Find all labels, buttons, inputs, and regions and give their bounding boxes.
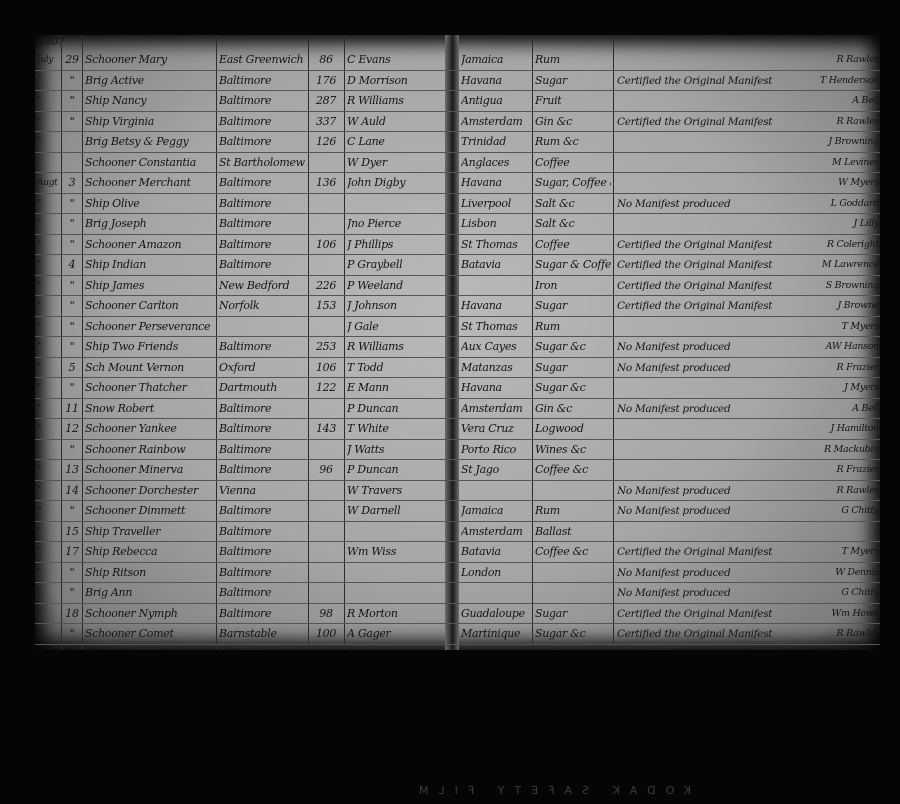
day-cell: " xyxy=(63,623,81,643)
day-cell: " xyxy=(63,213,81,233)
register-row: ""Schooner ThatcherDartmouth122E MannHav… xyxy=(35,377,880,399)
vessel-cell: Schooner Rainbow xyxy=(85,439,213,459)
month-cell: Augt xyxy=(37,172,61,192)
master-cell: T Todd xyxy=(347,357,445,377)
register-row: "Schooner RainbowBaltimoreJ WattsPorto R… xyxy=(35,439,880,461)
register-row: "12Schooner YankeeBaltimore143T WhiteVer… xyxy=(35,418,880,440)
cargo-cell: Salt &c xyxy=(535,213,611,233)
register-row: ""Ship Two FriendsBaltimore253R Williams… xyxy=(35,336,880,358)
tonnage-cell: 253 xyxy=(311,336,341,356)
remark-cell: Certified the Original Manifest xyxy=(617,275,813,295)
cargo-cell: Coffee &c xyxy=(535,459,611,479)
tonnage-cell: 98 xyxy=(311,603,341,623)
entered-by-cell xyxy=(813,521,879,541)
day-cell: " xyxy=(63,111,81,131)
entered-by-cell: J Lilly xyxy=(813,213,879,233)
month-cell: " xyxy=(37,193,61,213)
tonnage-cell xyxy=(311,316,341,336)
month-cell: " xyxy=(37,500,61,520)
month-cell: " xyxy=(37,623,61,643)
register-row: "11Snow RobertBaltimoreP DuncanAmsterdam… xyxy=(35,398,880,420)
remark-cell xyxy=(617,49,813,69)
home-port-cell: Baltimore xyxy=(219,439,307,459)
month-cell: " xyxy=(37,316,61,336)
register-row: Schooner ConstantiaSt BartholomewW DyerA… xyxy=(35,152,880,174)
home-port-cell: Baltimore xyxy=(219,398,307,418)
cargo-cell: Rum xyxy=(535,49,611,69)
entered-by-cell: R Rawles xyxy=(813,623,879,643)
register-row: ""Schooner DimmettBaltimoreW DarnellJama… xyxy=(35,500,880,522)
origin-port-cell xyxy=(461,582,531,602)
origin-port-cell: Havana xyxy=(461,377,531,397)
remark-cell xyxy=(617,152,813,172)
home-port-cell: Baltimore xyxy=(219,234,307,254)
origin-port-cell: Jamaica xyxy=(461,500,531,520)
home-port-cell: Baltimore xyxy=(219,193,307,213)
day-cell: 12 xyxy=(63,418,81,438)
tonnage-cell xyxy=(311,521,341,541)
entered-by-cell: R Frazier xyxy=(813,459,879,479)
tonnage-cell: 143 xyxy=(311,418,341,438)
cargo-cell: Ballast xyxy=(535,521,611,541)
origin-port-cell: Aux Cayes xyxy=(461,336,531,356)
tonnage-cell xyxy=(311,152,341,172)
vessel-cell: Ship Olive xyxy=(85,193,213,213)
vessel-cell: Schooner Thatcher xyxy=(85,377,213,397)
tonnage-cell: 126 xyxy=(311,131,341,151)
day-cell: 5 xyxy=(63,357,81,377)
entered-by-cell: R Rawles xyxy=(813,480,879,500)
month-cell: " xyxy=(37,459,61,479)
day-cell: 14 xyxy=(63,480,81,500)
day-cell xyxy=(63,152,81,172)
tonnage-cell xyxy=(311,254,341,274)
remark-cell xyxy=(617,439,813,459)
remark-cell xyxy=(617,418,813,438)
tonnage-cell: 287 xyxy=(311,90,341,110)
cargo-cell: Rum xyxy=(535,316,611,336)
day-cell: " xyxy=(63,234,81,254)
month-cell: " xyxy=(37,90,61,110)
master-cell: John Digby xyxy=(347,172,445,192)
remark-cell xyxy=(617,316,813,336)
origin-port-cell: Lisbon xyxy=(461,213,531,233)
master-cell: P Duncan xyxy=(347,459,445,479)
master-cell: C Lane xyxy=(347,131,445,151)
cargo-cell: Sugar xyxy=(535,70,611,90)
master-cell: R Williams xyxy=(347,90,445,110)
remark-cell xyxy=(617,521,813,541)
home-port-cell: New Bedford xyxy=(219,275,307,295)
master-cell xyxy=(347,193,445,213)
vessel-cell: Schooner Amazon xyxy=(85,234,213,254)
remark-cell: Certified the Original Manifest xyxy=(617,623,813,643)
entered-by-cell: M Lawrence xyxy=(813,254,879,274)
home-port-cell: Baltimore xyxy=(219,418,307,438)
home-port-cell: Baltimore xyxy=(219,213,307,233)
register-row: "18Schooner NymphBaltimore98R MortonGuad… xyxy=(35,603,880,625)
origin-port-cell: St Jago xyxy=(461,459,531,479)
origin-port-cell: Havana xyxy=(461,295,531,315)
tonnage-cell: 122 xyxy=(311,377,341,397)
origin-port-cell: Matanzas xyxy=(461,357,531,377)
tonnage-cell: 337 xyxy=(311,111,341,131)
entered-by-cell: M Levines xyxy=(813,152,879,172)
register-page-spread: 1807 July29Schooner MaryEast Greenwich86… xyxy=(35,35,880,650)
month-cell: " xyxy=(37,377,61,397)
origin-port-cell: Liverpool xyxy=(461,193,531,213)
master-cell xyxy=(347,562,445,582)
master-cell: P Duncan xyxy=(347,398,445,418)
remark-cell: No Manifest produced xyxy=(617,582,813,602)
master-cell: E Mann xyxy=(347,377,445,397)
entered-by-cell: W Myers xyxy=(813,172,879,192)
remark-cell: No Manifest produced xyxy=(617,500,813,520)
origin-port-cell: Anglaces xyxy=(461,152,531,172)
day-cell: " xyxy=(63,275,81,295)
tonnage-cell: 153 xyxy=(311,295,341,315)
register-row: "5Sch Mount VernonOxford106T ToddMatanza… xyxy=(35,357,880,379)
register-row: ""Schooner PerseveranceJ GaleSt ThomasRu… xyxy=(35,316,880,338)
origin-port-cell: Trinidad xyxy=(461,131,531,151)
master-cell: W Travers xyxy=(347,480,445,500)
vessel-cell: Brig Joseph xyxy=(85,213,213,233)
day-cell: " xyxy=(63,582,81,602)
day-cell: 29 xyxy=(63,49,81,69)
entered-by-cell: T Myers xyxy=(813,541,879,561)
month-cell: " xyxy=(37,582,61,602)
home-port-cell: Barnstable xyxy=(219,623,307,643)
register-row: "Brig Betsy & PeggyBaltimore126C LaneTri… xyxy=(35,131,880,153)
entered-by-cell: G Chitty xyxy=(813,582,879,602)
remark-cell xyxy=(617,172,813,192)
tonnage-cell: 176 xyxy=(311,70,341,90)
entered-by-cell: A Bell xyxy=(813,398,879,418)
month-cell: " xyxy=(37,357,61,377)
month-cell: " xyxy=(37,603,61,623)
vessel-cell: Ship Virginia xyxy=(85,111,213,131)
master-cell: D Morrison xyxy=(347,70,445,90)
month-cell: " xyxy=(37,398,61,418)
origin-port-cell: Batavia xyxy=(461,541,531,561)
remark-cell: No Manifest produced xyxy=(617,480,813,500)
cargo-cell: Fruit xyxy=(535,90,611,110)
master-cell: A Gager xyxy=(347,623,445,643)
cargo-cell: Salt &c xyxy=(535,193,611,213)
vessel-cell: Schooner Dorchester xyxy=(85,480,213,500)
register-row: "17Ship RebeccaBaltimoreWm WissBataviaCo… xyxy=(35,541,880,563)
vessel-cell: Ship Indian xyxy=(85,254,213,274)
origin-port-cell xyxy=(461,275,531,295)
day-cell: 17 xyxy=(63,541,81,561)
home-port-cell: Baltimore xyxy=(219,562,307,582)
remark-cell xyxy=(617,213,813,233)
master-cell: R Williams xyxy=(347,336,445,356)
day-cell xyxy=(63,131,81,151)
day-cell: " xyxy=(63,377,81,397)
remark-cell xyxy=(617,377,813,397)
tonnage-cell xyxy=(311,541,341,561)
home-port-cell: Vienna xyxy=(219,480,307,500)
cargo-cell: Wines &c xyxy=(535,439,611,459)
origin-port-cell: Martinique xyxy=(461,623,531,643)
register-row: ""Schooner CarltonNorfolk153J JohnsonHav… xyxy=(35,295,880,317)
cargo-cell: Iron xyxy=(535,275,611,295)
cargo-cell: Sugar &c xyxy=(535,336,611,356)
month-cell: " xyxy=(37,480,61,500)
day-cell: 18 xyxy=(63,603,81,623)
home-port-cell: Baltimore xyxy=(219,336,307,356)
master-cell: P Graybell xyxy=(347,254,445,274)
month-cell: July xyxy=(37,49,61,69)
home-port-cell: Baltimore xyxy=(219,90,307,110)
cargo-cell: Sugar &c xyxy=(535,377,611,397)
master-cell: R Morton xyxy=(347,603,445,623)
vessel-cell: Sch Mount Vernon xyxy=(85,357,213,377)
month-cell: " xyxy=(37,70,61,90)
day-cell: 13 xyxy=(63,459,81,479)
origin-port-cell: St Thomas xyxy=(461,316,531,336)
vessel-cell: Brig Active xyxy=(85,70,213,90)
home-port-cell: Baltimore xyxy=(219,254,307,274)
origin-port-cell: Antigua xyxy=(461,90,531,110)
master-cell xyxy=(347,582,445,602)
master-cell xyxy=(347,521,445,541)
entered-by-cell: A Bell xyxy=(813,90,879,110)
register-row: ""Brig ActiveBaltimore176D MorrisonHavan… xyxy=(35,70,880,92)
home-port-cell: Oxford xyxy=(219,357,307,377)
day-cell: " xyxy=(63,316,81,336)
day-cell: " xyxy=(63,295,81,315)
entered-by-cell: R Coleright xyxy=(813,234,879,254)
vessel-cell: Brig Betsy & Peggy xyxy=(85,131,213,151)
remark-cell xyxy=(617,131,813,151)
remark-cell: Certified the Original Manifest xyxy=(617,254,813,274)
register-row: July29Schooner MaryEast Greenwich86C Eva… xyxy=(35,49,880,71)
vessel-cell: Schooner Mary xyxy=(85,49,213,69)
register-row: ""Brig JosephBaltimoreJno PierceLisbonSa… xyxy=(35,213,880,235)
day-cell: " xyxy=(63,336,81,356)
cargo-cell xyxy=(535,562,611,582)
vessel-cell: Ship Two Friends xyxy=(85,336,213,356)
month-cell: " xyxy=(37,295,61,315)
home-port-cell xyxy=(219,316,307,336)
home-port-cell: East Greenwich xyxy=(219,49,307,69)
remark-cell: No Manifest produced xyxy=(617,193,813,213)
day-cell: " xyxy=(63,90,81,110)
origin-port-cell: Porto Rico xyxy=(461,439,531,459)
month-cell: " xyxy=(37,213,61,233)
home-port-cell: Baltimore xyxy=(219,459,307,479)
master-cell: T White xyxy=(347,418,445,438)
month-cell: " xyxy=(37,254,61,274)
master-cell: J Phillips xyxy=(347,234,445,254)
cargo-cell: Rum &c xyxy=(535,131,611,151)
tonnage-cell xyxy=(311,193,341,213)
vessel-cell: Ship Traveller xyxy=(85,521,213,541)
cargo-cell: Rum xyxy=(535,500,611,520)
tonnage-cell xyxy=(311,480,341,500)
register-row: ""Schooner CometBarnstable100A GagerMart… xyxy=(35,623,880,645)
month-cell: " xyxy=(37,418,61,438)
origin-port-cell xyxy=(461,480,531,500)
cargo-cell: Logwood xyxy=(535,418,611,438)
home-port-cell: Baltimore xyxy=(219,131,307,151)
cargo-cell: Gin &c xyxy=(535,111,611,131)
origin-port-cell: Vera Cruz xyxy=(461,418,531,438)
vessel-cell: Schooner Minerva xyxy=(85,459,213,479)
origin-port-cell: St Thomas xyxy=(461,234,531,254)
register-row: "14Schooner DorchesterViennaW TraversNo … xyxy=(35,480,880,502)
vessel-cell: Ship Nancy xyxy=(85,90,213,110)
tonnage-cell xyxy=(311,582,341,602)
day-cell: 15 xyxy=(63,521,81,541)
tonnage-cell xyxy=(311,213,341,233)
tonnage-cell: 136 xyxy=(311,172,341,192)
month-cell: " xyxy=(37,521,61,541)
master-cell: W Auld xyxy=(347,111,445,131)
remark-cell: Certified the Original Manifest xyxy=(617,70,813,90)
cargo-cell xyxy=(535,480,611,500)
day-cell: " xyxy=(63,193,81,213)
cargo-cell: Sugar &c xyxy=(535,623,611,643)
month-cell: " xyxy=(37,541,61,561)
entered-by-cell: AW Hanson xyxy=(813,336,879,356)
day-cell: " xyxy=(63,439,81,459)
home-port-cell: Baltimore xyxy=(219,70,307,90)
tonnage-cell xyxy=(311,562,341,582)
register-row: "4Ship IndianBaltimoreP GraybellBataviaS… xyxy=(35,254,880,276)
cargo-cell: Coffee &c xyxy=(535,541,611,561)
master-cell: W Darnell xyxy=(347,500,445,520)
day-cell: " xyxy=(63,500,81,520)
day-cell: 4 xyxy=(63,254,81,274)
tonnage-cell: 106 xyxy=(311,234,341,254)
register-row: ""Ship JamesNew Bedford226P WeelandIronC… xyxy=(35,275,880,297)
register-row: Augt3Schooner MerchantBaltimore136John D… xyxy=(35,172,880,194)
master-cell: C Evans xyxy=(347,49,445,69)
remark-cell xyxy=(617,90,813,110)
entered-by-cell: Wm Howe xyxy=(813,603,879,623)
remark-cell: Certified the Original Manifest xyxy=(617,234,813,254)
entered-by-cell: S Browning xyxy=(813,275,879,295)
cargo-cell: Coffee xyxy=(535,234,611,254)
vessel-cell: Ship Rebecca xyxy=(85,541,213,561)
remark-cell: Certified the Original Manifest xyxy=(617,295,813,315)
register-row: ""Ship OliveBaltimoreLiverpoolSalt &cNo … xyxy=(35,193,880,215)
month-cell xyxy=(37,152,61,172)
vessel-cell: Schooner Comet xyxy=(85,623,213,643)
vessel-cell: Schooner Carlton xyxy=(85,295,213,315)
entered-by-cell: L Goddard xyxy=(813,193,879,213)
vessel-cell: Schooner Dimmett xyxy=(85,500,213,520)
cargo-cell: Sugar, Coffee &c xyxy=(535,172,611,192)
remark-cell xyxy=(617,459,813,479)
origin-port-cell: Guadaloupe xyxy=(461,603,531,623)
home-port-cell: Norfolk xyxy=(219,295,307,315)
remark-cell: Certified the Original Manifest xyxy=(617,111,813,131)
month-cell: " xyxy=(37,131,61,151)
entered-by-cell: W Dennis xyxy=(813,562,879,582)
entered-by-cell: J Myers xyxy=(813,377,879,397)
tonnage-cell: 226 xyxy=(311,275,341,295)
vessel-cell: Schooner Yankee xyxy=(85,418,213,438)
origin-port-cell: Batavia xyxy=(461,254,531,274)
day-cell: 3 xyxy=(63,172,81,192)
entered-by-cell: J Hamilton xyxy=(813,418,879,438)
entered-by-cell: T Myers xyxy=(813,316,879,336)
vessel-cell: Brig Ann xyxy=(85,582,213,602)
entered-by-cell: R Frazier xyxy=(813,357,879,377)
tonnage-cell xyxy=(311,398,341,418)
entered-by-cell: R Rawles xyxy=(813,49,879,69)
master-cell: W Dyer xyxy=(347,152,445,172)
home-port-cell: Baltimore xyxy=(219,603,307,623)
tonnage-cell: 106 xyxy=(311,357,341,377)
tonnage-cell: 96 xyxy=(311,459,341,479)
month-cell: " xyxy=(37,111,61,131)
origin-port-cell: Amsterdam xyxy=(461,398,531,418)
day-cell: " xyxy=(63,562,81,582)
origin-port-cell: London xyxy=(461,562,531,582)
month-cell xyxy=(37,439,61,459)
home-port-cell: St Bartholomew xyxy=(219,152,307,172)
remark-cell: Certified the Original Manifest xyxy=(617,603,813,623)
tonnage-cell: 100 xyxy=(311,623,341,643)
entered-by-cell: J Browning xyxy=(813,131,879,151)
vessel-cell: Schooner Constantia xyxy=(85,152,213,172)
cargo-cell: Gin &c xyxy=(535,398,611,418)
remark-cell: No Manifest produced xyxy=(617,398,813,418)
vessel-cell: Schooner Merchant xyxy=(85,172,213,192)
register-row: ""Schooner AmazonBaltimore106J PhillipsS… xyxy=(35,234,880,256)
master-cell: Wm Wiss xyxy=(347,541,445,561)
day-cell: " xyxy=(63,70,81,90)
entered-by-cell: G Chitty xyxy=(813,500,879,520)
vessel-cell: Schooner Perseverance xyxy=(85,316,213,336)
origin-port-cell: Jamaica xyxy=(461,49,531,69)
cargo-cell: Sugar & Coffee xyxy=(535,254,611,274)
home-port-cell: Baltimore xyxy=(219,111,307,131)
cargo-cell: Coffee xyxy=(535,152,611,172)
tonnage-cell: 86 xyxy=(311,49,341,69)
vessel-cell: Ship James xyxy=(85,275,213,295)
register-row: ""Brig AnnBaltimoreNo Manifest producedG… xyxy=(35,582,880,604)
register-row: "13Schooner MinervaBaltimore96P DuncanSt… xyxy=(35,459,880,481)
home-port-cell: Baltimore xyxy=(219,172,307,192)
register-row: ""Ship RitsonBaltimoreLondonNo Manifest … xyxy=(35,562,880,584)
remark-cell: No Manifest produced xyxy=(617,357,813,377)
month-cell: " xyxy=(37,275,61,295)
vessel-cell: Schooner Nymph xyxy=(85,603,213,623)
register-row: ""Ship VirginiaBaltimore337W AuldAmsterd… xyxy=(35,111,880,133)
home-port-cell: Baltimore xyxy=(219,500,307,520)
entered-by-cell: T Henderson xyxy=(813,70,879,90)
remark-cell: Certified the Original Manifest xyxy=(617,541,813,561)
month-cell: " xyxy=(37,234,61,254)
remark-cell: No Manifest produced xyxy=(617,562,813,582)
master-cell: Jno Pierce xyxy=(347,213,445,233)
cargo-cell xyxy=(535,582,611,602)
day-cell: 11 xyxy=(63,398,81,418)
origin-port-cell: Amsterdam xyxy=(461,521,531,541)
cargo-cell: Sugar xyxy=(535,357,611,377)
register-row: ""Ship NancyBaltimore287R WilliamsAntigu… xyxy=(35,90,880,112)
register-row: "15Ship TravellerBaltimoreAmsterdamBalla… xyxy=(35,521,880,543)
home-port-cell: Baltimore xyxy=(219,521,307,541)
home-port-cell: Dartmouth xyxy=(219,377,307,397)
vessel-cell: Ship Ritson xyxy=(85,562,213,582)
